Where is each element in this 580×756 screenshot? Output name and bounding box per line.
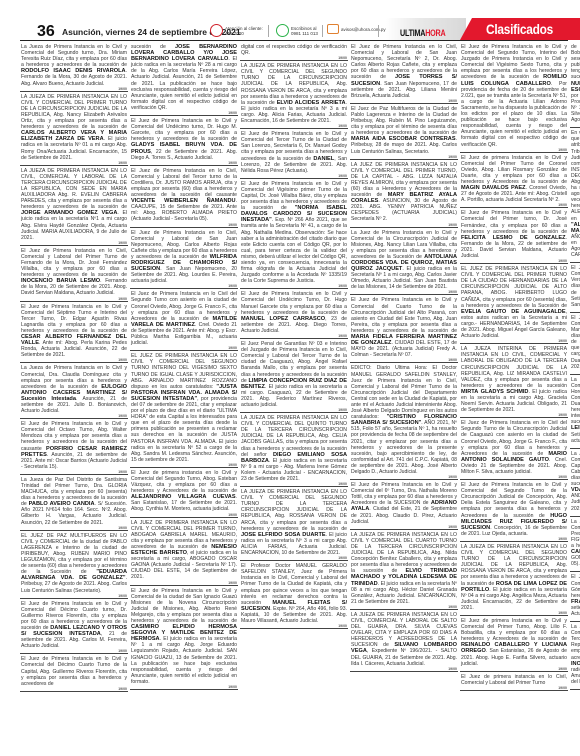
deceased-name: DANIEL [313,156,334,162]
notice-text: El Juez de Primera Instancia en lo Civil… [131,118,237,142]
ad-code: 19/00 [21,241,127,245]
divider [322,25,323,37]
ad-code: 19/00 [131,463,237,467]
notice-text: En virtud a lo dispuesto en la Ley Nº 49… [571,130,580,221]
legal-notice: LA JUEZA DE PRIMERA INSTANCIA EN LO CIVI… [460,543,568,616]
notice-text: , por providencia del 07 de setiembre de… [131,396,237,463]
mail-icon [327,24,339,34]
ad-code: 19/00 [21,526,127,530]
legal-notice: LA JUEZA DE PRIMERA INSTANCIA EN LO CIVI… [240,62,348,129]
deceased-name: ALEJANDRINO VILLAGRA CUEVAS [131,494,236,500]
legal-notice: El Juez de Primera Instancia en lo Civil… [460,209,568,264]
notice-text: El Juez de Primera Instancia en lo Civil… [21,248,127,278]
ad-code: 19/00 [461,537,567,541]
column-3: digital con el respectivo código de veri… [240,43,348,748]
legal-notice: El Juez de Primera Instancia en lo Civil… [350,481,458,530]
ad-code: 19/00 [461,686,567,690]
deceased-name: JOSE ELFRIDO SOSA DUARTE [241,532,326,538]
ad-code: 19/00 [351,358,457,362]
notice-text: El Juez de Primera Instancia en lo Civil… [131,588,237,624]
legal-notice: El Juez de Primera Instancia en lo Civil… [570,573,580,622]
contact-value: 0981 111 013 [291,31,318,36]
customer-service-contact: Atención al cliente:415 7000 [210,24,263,37]
notice-text: El Juez de Primera Instancia en lo Civil… [571,265,580,295]
notice-text: El Juez de primera Instancia en lo Civil… [461,155,567,185]
deceased-name: VICENTE WEIBERLEN ÑAMANDU [131,198,236,204]
legal-notice: La Jueza de Primera Instancia en lo Civi… [570,450,580,517]
legal-notice: La Jueza de Paz Del Distrito de Santísim… [20,476,128,531]
deceased-name: JORGE ARMANDO GOMEZ VEGA [21,210,117,216]
legal-notice: La Juez de Primera Instancia en lo Civil… [350,229,458,296]
notice-text: de conformidad a lo dispuesto por el Art… [571,87,580,123]
ad-code: 19/00 [351,667,457,671]
ad-code: 19/00 [461,667,567,671]
notice-text: El Juez de Primera Instancia en lo Civil… [571,574,580,598]
ad-code: 19/00 [571,308,580,312]
legal-notice: La Juez de Primera Instancia en lo Civil… [570,376,580,449]
legal-notice: LA JUEZ DE PRIMERA INSTANCIA EN LO CIVIL… [350,161,458,228]
ad-code: 19/00 [241,624,347,628]
ad-code: 19/00 [21,414,127,418]
email-contact: avisos@uhora.com.py [327,24,386,34]
legal-notice: El Juez de Primera Instancia en lo Civil… [130,117,238,166]
ad-code: 19/00 [351,525,457,529]
legal-notice: El Juez de Primera Instancia en lo Civil… [350,43,458,104]
deceased-name: FELICITA LESMO DE GONZALEZ [461,235,566,241]
legal-notice: El Juez de Primera Instancia en lo Civil… [20,420,128,475]
legal-notice: LA JUEZA INTERINA DE PRIMERA INSTANCIA E… [460,345,568,418]
ad-code: 19/00 [351,290,457,294]
legal-notice: El Juez de Primera Instancia en lo Civil… [130,229,238,290]
ad-code: 19/00 [571,444,580,448]
ad-code: 19/00 [241,334,347,338]
contact-value: 415 7000 [225,31,244,36]
legal-notice: En virtud a lo dispuesto en la Ley Nº 49… [570,129,580,263]
legal-notice: La Jueza de Primera Instancia en lo Civi… [20,43,128,92]
deceased-name: MARIA AIDA ESCOBAR CONTRERAS [351,136,456,142]
notice-text: El Juez de Paz Multifueros de la Ciudad … [351,106,457,136]
deceased-name: PABLO AVEIRO CANDIA [29,501,95,507]
notice-text: , Expediente Nº 196/2021. - SALTO DEL GU… [351,648,457,666]
notice-text: La Juez de Primera Instancia en lo Civil… [571,377,580,426]
ad-code: 19/00 [241,556,347,560]
header-rule [20,40,568,41]
notice-text: La Jueza de Primera Instancia en lo Civi… [571,451,580,487]
column-4: El Juez de Primera Instancia en lo Civil… [350,43,458,748]
ad-code: 19/00 [571,123,580,127]
ad-code: 19/00 [461,339,567,343]
notice-text: LA JUEZA INTERINA DE PRIMERA INSTANCIA E… [461,346,567,389]
ad-code: 19/00 [21,358,127,362]
legal-notice: El Juez de Primera Instancia en lo Civil… [240,180,348,290]
ad-code: 19/00 [461,413,567,417]
legal-notice: EL JUEZ DE PRIMERA INSTANCIA EN LO CIVIL… [460,265,568,344]
notice-text: . AÑO 2021, Nº 515, Folio 57 año, Secret… [351,420,457,475]
legal-notice: El Juez de primera Instancia en lo Civil… [460,617,568,672]
notice-text: El Juez de Primera Instancia en lo Civil… [131,168,237,198]
legal-notice: El Juez de Primera Instancia en lo Civil… [570,264,580,313]
legal-notice: El Juez de primera instancia en lo Civil… [130,469,238,518]
legal-notice: El Juez de Primera Instancia en lo Civil… [130,167,238,228]
legal-notice: El Juez de Primera Instancia en lo Civil… [20,303,128,364]
notice-text: EL JUEZ DE PRIMERA INSTANCIA EN LO CIVIL… [461,266,567,309]
deceased-name: EVELIA GAUTO DE AGUINAGALDE [461,309,566,315]
ad-code: 19/00 [571,567,580,571]
legal-notice: La Jueza de Primera Instancia en lo Civi… [20,364,128,419]
ad-code: 19/00 [461,148,567,152]
notice-text: El Juez de Primera Instancia en lo Civil… [351,297,457,333]
ad-code: 19/00 [241,482,347,486]
ad-code: 19/00 [571,258,580,262]
legal-notice: LA JUEZA DE PRIMERA INSTANCIA EN LO CIVI… [20,167,128,246]
deceased-name: CARLOS MEDINA MAURO [571,549,580,555]
legal-notice: El Juez de Primera Instancia en lo Civil… [570,314,580,375]
section-tab: Clasificados [460,18,580,40]
legal-notice: El Juez de Primera Instancia en lo Civil… [240,290,348,339]
legal-notice: El Juez de Primera Instancia en lo Civil… [240,130,348,179]
ad-code: 19/00 [131,346,237,350]
ad-code: 19/00 [461,475,567,479]
notice-text: El Juez de Primera Instancia en lo Civil… [21,304,127,334]
notice-text: . El juicio radica en la secretaría Nº 1… [131,636,237,685]
ad-code: 19/00 [461,611,567,615]
legal-notice: El Profesor Doctor MANUEL GERALDO SAFELD… [240,562,348,629]
legal-notice: EL JUEZ DE PAZ MULTIFUEROS EN LO CIVIL y… [20,532,128,599]
notice-text: El Juez de Primera Instancia en lo Civil… [461,210,567,234]
notice-text: El Juez de Primera Instancia en lo Civil… [571,315,580,345]
legal-notice: El Juez de Primera Instancia en lo Civil… [130,587,238,691]
notice-text: sucesión de [131,44,175,50]
ad-code: 19/00 [131,581,237,585]
ad-code: 19/00 [351,475,457,479]
ad-code: 19/00 [131,223,237,227]
column-2: sucesión de JOSE BERNARDINO LOVERA CARBA… [130,43,238,748]
ad-code: 19/00 [131,513,237,517]
legal-notice: LA JUEZA DE PRIMERA INSTANCIA EN LO CIVI… [240,488,348,561]
ad-code: 19/00 [461,203,567,207]
deceased-name: MAGIN DAVALOS PAEZ [461,185,526,191]
notice-text: El Juez de Primera Instancia en lo Civil… [21,656,127,686]
deceased-name: MANUEL LOPEZ CARRASCO [241,316,325,322]
ad-code: 19/00 [131,685,237,689]
ad-code: 19/00 [351,223,457,227]
legal-notice: LA JUEZA DE PRIMERA INSTANCIA EN LO CIVI… [20,93,128,166]
ad-code: 19/00 [571,685,580,689]
section-title: Clasificados [486,21,553,37]
ad-code: 19/00 [461,259,567,263]
ad-code: 19/00 [131,161,237,165]
ad-code: 19/00 [241,174,347,178]
legal-notice: El Juez de Primera Instancia en lo Civil… [20,247,128,302]
deceased-name: "ALEJANDRO RAFAEL MAINERO MAIVOLO S/ SUC… [571,222,580,234]
ad-code: 19/00 [241,408,347,412]
ad-code: 19/00 [21,297,127,301]
notice-text: El Juez de Primera Instancia en lo Civil… [241,291,347,315]
ad-code: 19/00 [21,687,127,691]
deceased-name: MIRTA GLADYS SCHMID [461,389,528,395]
notice-text: LA JUEZA DE PRIMERA INSTANCIA EN LO CIVI… [241,489,347,532]
ad-code: 19/00 [351,99,457,103]
legal-notice: LA JUEZA DE PRIMERA INSTANCIA EN LO CIVI… [240,414,348,487]
ad-code: 19/00 [21,594,127,598]
legal-notice: EL JUEZ DE PRIMERA INSTANCIA EN LO CIVIL… [130,352,238,468]
brand-logo: ULTIMAHORA [400,28,445,38]
notice-text: El Juez de primera instancia en lo Civil… [131,470,237,494]
ad-code: 19/00 [241,56,347,60]
ad-code: 19/00 [21,470,127,474]
divider [268,25,269,37]
notice-text: La Juez de Primera Instancia en lo Civil… [571,519,580,549]
notice-text: La Juez de Primera Instancia en lo Civil… [571,624,580,660]
legal-notice: La Juez de Primera Instancia en lo Civil… [570,623,580,690]
notice-text: digital con el respectivo código de veri… [241,44,347,56]
legal-notice: LA JUEZA DE PRIMERA INSTANCIA EN LO CIVI… [350,611,458,672]
ad-code: 19/00 [21,649,127,653]
column-1: La Jueza de Primera Instancia en lo Civi… [20,43,128,748]
legal-notice: El Juez de Primera Instancia en lo Civil… [350,296,458,363]
legal-notice: El Juez de Primera Instancia en lo Civil… [460,481,568,542]
legal-notice: LA JUEZA DE PRIMERA INSTANCIA EN LO CIVI… [350,531,458,610]
ad-code: 19/00 [131,111,237,115]
column-6: de San Estanislao, Abog. Lilio Franco Bo… [570,43,580,748]
legal-notice: El Juez de Primera Instancia en lo Civil… [130,290,238,351]
deceased-name: FRANCISCO LEIVA GIMENEZ [571,599,580,605]
legal-notice: de San Estanislao, Abog. Lilio Franco Bo… [570,43,580,128]
notice-text: . El juicio radica en la secretaría Nº 2… [131,56,237,111]
ad-code: 19/00 [571,370,580,374]
legal-notice: El Juez de primera Instancia en lo Civil… [460,154,568,209]
divider [378,25,379,37]
ad-code: 19/00 [21,161,127,165]
column-5: El Juez de Primera Instancia en lo Civil… [460,43,568,748]
deceased-name: RODOLFO ISAAC DENIS RIVAROLA [21,68,126,74]
legal-notice: La Juez de Primera Instancia en lo Civil… [570,518,580,573]
legal-notice: digital con el respectivo código de veri… [240,43,348,61]
legal-notice: El Juez de primera instancia en lo Civil… [460,673,568,691]
notice-text: EDICTO: Diario Ultima Hora: El Doctor MA… [351,365,457,420]
legal-notice: LA JUEZ DE PRIMERA INSTANCIA EN LO CIVIL… [130,519,238,586]
legal-notice: El Juez de Primera Instancia en lo Civil… [20,655,128,691]
notice-text: de San Estanislao, Abog. Lilio Franco Bo… [571,44,580,80]
whatsapp-contact: Escribinos al0981 111 013 [276,24,318,37]
page-header: 36 Asunción, viernes 24 de septiembre de… [0,0,580,40]
deceased-name: ELVID ALCIDES ARRIETA [277,100,346,106]
notice-text: . Exp. Nº 266 Año 2021, que se tramita a… [241,217,347,284]
notice-text: LA JUEZA DE PRIMERA INSTANCIA EN LO CIVI… [21,94,127,130]
page-number: 36 [37,23,55,41]
legal-notice: El Juez de Primera Instancia en lo Civil… [460,43,568,153]
ad-code: 19/00 [351,605,457,609]
legal-notice: El Juez Penal de Garantías Nº 03 e Inter… [240,340,348,413]
ad-code: 19/00 [351,155,457,159]
notice-text: El Juez de primera Instancia en lo Civil… [461,618,567,642]
phone-icon [210,24,223,37]
ad-code: 19/00 [571,512,580,516]
ad-code: 19/00 [241,284,347,288]
legal-notice: El Juez de Paz Multifueros de la Ciudad … [350,105,458,160]
notice-text: LA JUEZA DE PRIMERA INSTANCIA EN LO CIVI… [21,168,127,211]
deceased-name: INOCENCIO BARUA LESMO [21,278,100,284]
ad-code: 19/00 [571,617,580,621]
notice-text: La Jueza de Primera Instancia en lo Civi… [21,44,127,68]
legal-notice: El Juez de Primera Instancia en lo Civil… [20,600,128,655]
legal-notice: sucesión de JOSE BERNARDINO LOVERA CARBA… [130,43,238,116]
notice-text: El Juez de primera instancia en lo Civil… [461,674,567,686]
ad-code: 19/00 [131,284,237,288]
whatsapp-icon [276,24,289,37]
notice-text: . Por providencia de fecha de 20 de seti… [461,81,567,148]
classifieds-columns: La Jueza de Primera Instancia en lo Civi… [20,43,568,748]
legal-notice: El Juez de Primera Instancia en lo Civil… [460,419,568,480]
notice-text: AÑO 2020, Nº 154, SEC. 34. El juicio rad… [571,234,580,258]
legal-notice: EDICTO: Diario Ultima Hora: El Doctor MA… [350,364,458,480]
ad-code: 19/00 [21,87,127,91]
ad-code: 19/00 [241,124,347,128]
